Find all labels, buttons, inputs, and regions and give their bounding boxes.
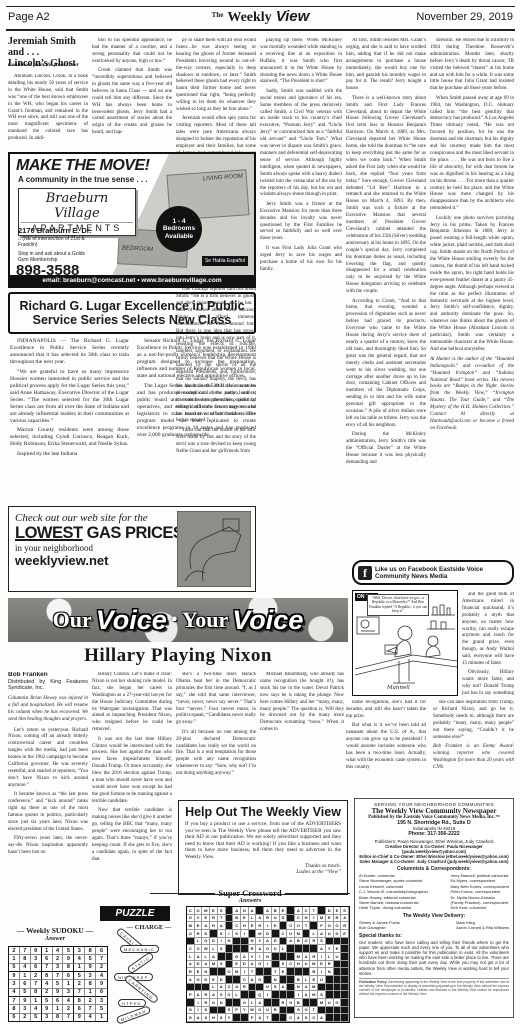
header-top-rule	[6, 6, 515, 7]
lugar-title: Richard G. Lugar Excellence in Public Se…	[10, 297, 254, 329]
thanks-header: Special thanks to:	[359, 933, 509, 939]
issue-date: November 29, 2019	[416, 11, 513, 23]
delivery-list: Shirley & James FuchsBob Gavaghan Mark K…	[359, 920, 509, 931]
lugar-colA: INDIANAPOLIS — The Richard G. Lugar Exce…	[10, 338, 129, 502]
columnists-right: Jerry Mannell, political cartoonistEd My…	[451, 873, 509, 911]
editorial-cartoon: ON TAP “Well, Doctor, what have we got—a…	[352, 590, 458, 696]
office-phone: Phone: 317-356-2222	[359, 831, 509, 837]
gas-nozzle-icon	[177, 511, 251, 587]
help-box-title: Help Out The Weekly View	[185, 805, 341, 819]
delivery-left: Shirley & James FuchsBob Gavaghan	[359, 920, 400, 931]
cartoonist-signature: Mannell	[387, 685, 410, 691]
facebook-banner: f Like us on Facebook Eastside Voice Com…	[352, 560, 514, 585]
charge-wordsearch: CAVALRYMECHANICSTATICNINOSREPCARRYINGHTP…	[112, 933, 186, 1023]
author-bio: Al Hunter is the author of the “Haunted …	[430, 357, 514, 433]
header-bottom-rule	[6, 29, 515, 31]
editor-note: Columnist Brian Howey was injured in a f…	[8, 696, 88, 724]
masthead-the: The	[212, 11, 224, 19]
ghost-col6: stressful. He retired due to infirmity i…	[430, 38, 514, 558]
facebook-icon: f	[358, 566, 372, 580]
gas-nozzle-photo	[177, 511, 251, 587]
banner-voice-2: Voice	[232, 605, 303, 636]
columnists-header: Columnists & Correspondents:	[359, 866, 509, 872]
byline-syndicate: Distributed by King Features Syndicate, …	[8, 679, 88, 692]
hillary-col1-text: Let’s return to yesteryear. Richard Nixo…	[8, 728, 88, 857]
masthead-info-box: SERVING YOUR NEIGHBORHOOD COMMUNITIES Th…	[354, 798, 514, 1018]
sudoku-answer-grid: 2791453861836294575467381929128765343674…	[8, 946, 108, 1022]
braeburn-address-note: ⌂ (NE of intersection of 21st & Franklin…	[18, 236, 98, 248]
delivery-right: Mark KliegAaron Cornett & Rita Williams	[456, 920, 509, 931]
lugar-title-box: Richard G. Lugar Excellence in Public Se…	[8, 292, 256, 334]
ghost-col6-text: stressful. He retired due to infirmity i…	[430, 38, 514, 354]
staff-roles: Creative Director & Co-Owner: Paula Nice…	[359, 844, 509, 864]
sudoku-sub: Answer	[0, 935, 110, 942]
sudoku-header: — Weekly SUDOKU —	[0, 926, 110, 935]
delivery-header: The Weekly View Delivery:	[359, 913, 509, 919]
banner-voice-1: Voice	[96, 605, 167, 636]
columnists-list: Al Hunter, columnistSteve Nicewanger, sp…	[359, 873, 509, 911]
ghost-col2: tion to his splendid appearance, he had …	[92, 38, 172, 152]
banner-your: Your	[182, 607, 228, 633]
hillary-col4: Michael Bloomberg, who already has name …	[260, 672, 344, 796]
braeburn-contact-bar: email: braeburn@comcast.net • www.braebu…	[10, 275, 254, 286]
publication-policy: Publication Policy: Advertising appearin…	[359, 978, 509, 996]
lugar-colB: Senator Richard G. Lugar, the Richard G.…	[137, 338, 256, 502]
facebook-banner-text: Like us on Facebook Eastside Voice Commu…	[375, 566, 508, 580]
masthead-box-title: The Weekly View Community Newspaper	[359, 807, 509, 815]
help-box-body: If you buy a product or use a service, f…	[185, 821, 341, 861]
hillary-col6a: and the great bulk of Americans mired in…	[462, 592, 514, 696]
super-crossword-sub: Answers	[150, 897, 350, 904]
byline-author: Bob Franken	[8, 672, 88, 679]
cartoon-caption: “Well, Doctor, what have we got—a Republ…	[367, 594, 429, 616]
hillary-col3: she’s a two-time loser. Barack Obama bea…	[176, 672, 256, 796]
hillary-headline: Hillary Playing Nixon	[8, 645, 348, 667]
braeburn-address: 2170 Braeburn E. Dr.	[18, 226, 91, 235]
continued-note: Continued from the front cover	[8, 62, 94, 68]
puzzle-answers-banner: PUZZLE ANSWERS	[100, 906, 170, 921]
ghost-col5: At first, Smith resisted Mrs. Grant’s ur…	[346, 38, 426, 558]
hillary-col6b-text: she can take inspiration from Trump, or …	[433, 700, 514, 741]
ghost-col1: Abraham Lincoln. Crook, in a book detail…	[8, 74, 88, 152]
banner-our: Our	[53, 607, 92, 633]
braeburn-apartments-ad: MAKE THE MOVE! A community in the true s…	[8, 152, 256, 288]
braeburn-logo-script: Braeburn Village	[21, 191, 133, 221]
hillary-col2: Hillary Clinton. Let’s make it clear: Ni…	[92, 672, 172, 896]
masthead-weekly: Weekly	[227, 10, 271, 25]
bedrooms-badge: 1 - 4 Bedrooms Available	[156, 206, 202, 252]
hillary-col1: Bob Franken Distributed by King Features…	[8, 672, 88, 896]
banner-dot: •	[171, 609, 178, 632]
hillary-col6b: she can take inspiration from Trump, or …	[433, 700, 514, 794]
masthead-view: View	[276, 8, 310, 25]
our-voice-your-voice-banner: Our Voice • Your Voice	[8, 598, 348, 642]
se-habla-badge: Se Habla Español	[202, 256, 248, 266]
help-out-box: Help Out The Weekly View If you buy a pr…	[178, 800, 348, 895]
help-box-signature: Ladies at the “View”	[185, 869, 341, 875]
columnists-left: Al Hunter, columnistSteve Nicewanger, sp…	[359, 873, 428, 911]
ghost-col4: playing up there. When McKinley was mort…	[260, 38, 342, 594]
hillary-col5: name recognition, she’s had it for decad…	[346, 700, 426, 794]
super-crossword-grid: COMESANAABEACTDESOVERTBELARUSCHIMERAMEAR…	[186, 906, 350, 1023]
hillary-author-bio: Bob Franken is an Emmy Award-winning rep…	[433, 744, 514, 772]
newspaper-page: Page A2 The Weekly View November 29, 201…	[0, 0, 521, 1024]
thanks-body: Our readers, who have been calling and t…	[359, 940, 509, 976]
gas-prices-ad: Check out our web site for the LOWEST GA…	[8, 506, 256, 592]
